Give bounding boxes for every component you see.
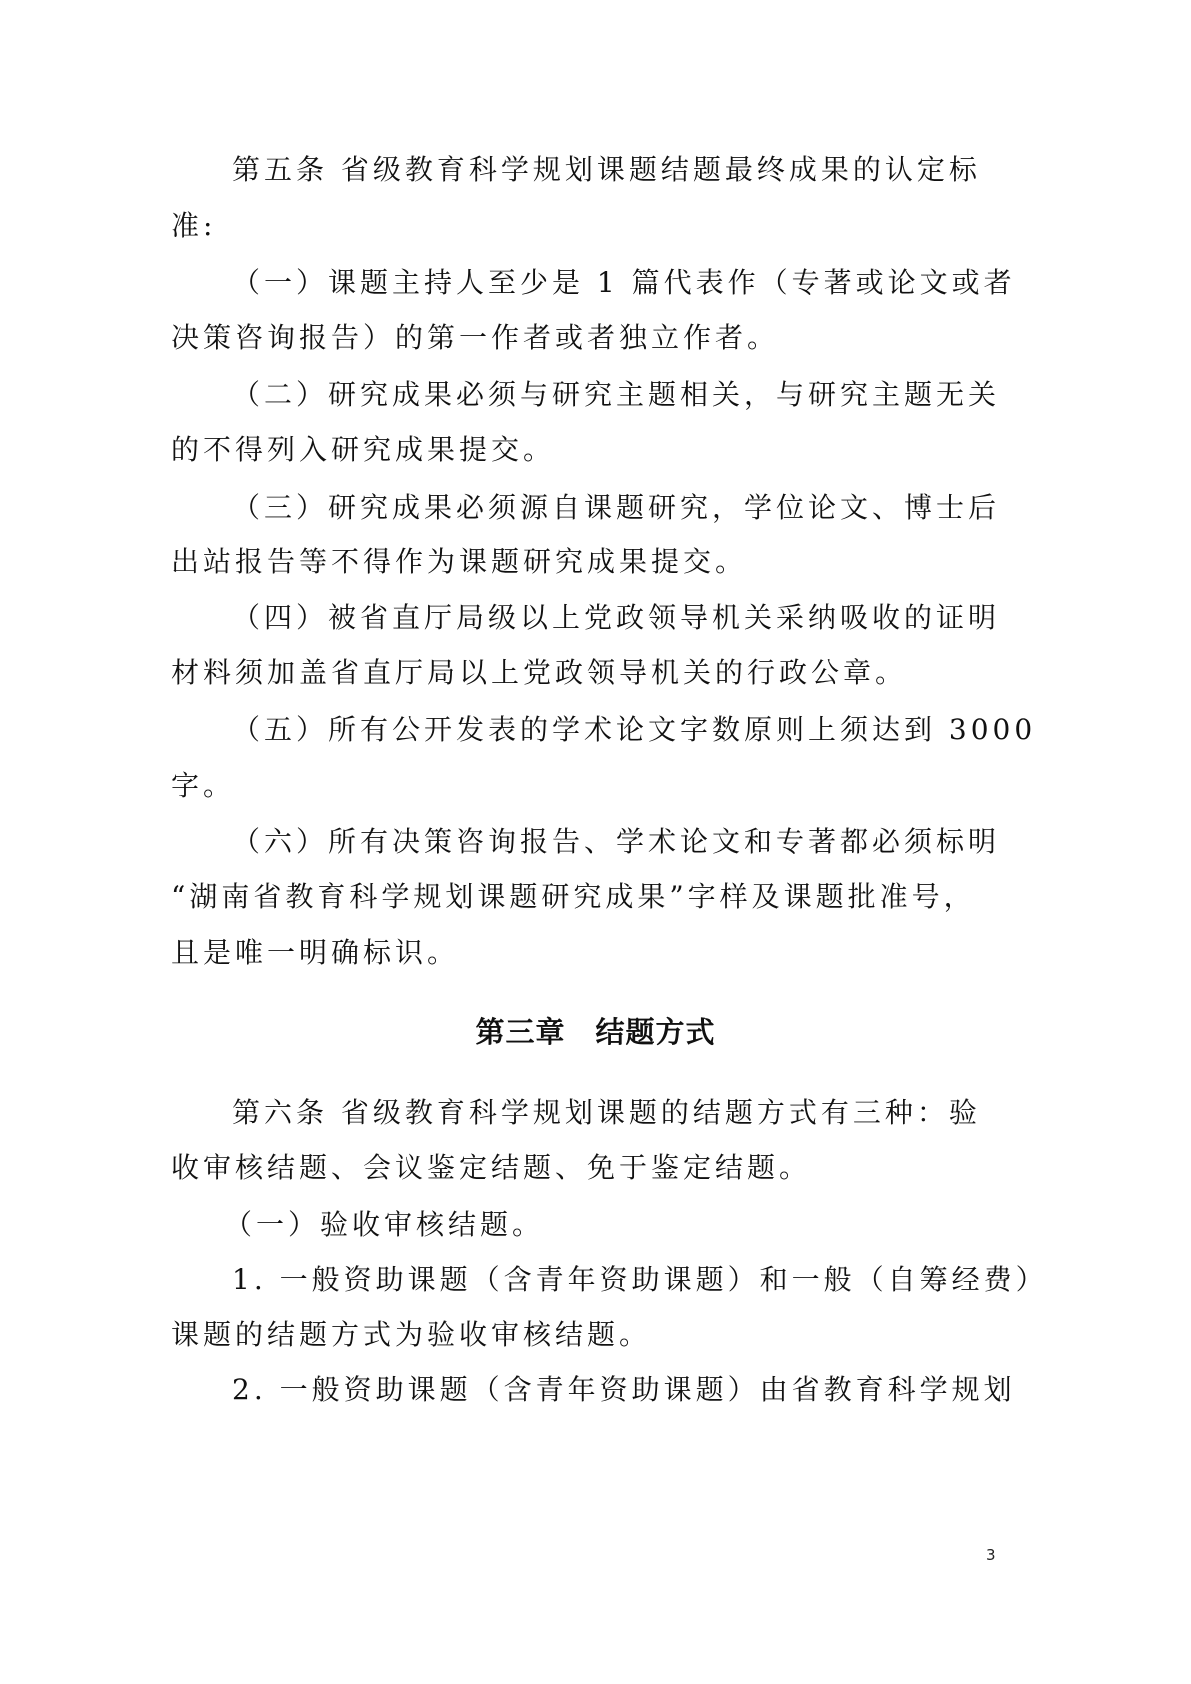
item-5-line-1: （五）所有公开发表的学术论文字数原则上须达到 3000 [232,710,943,750]
article-6-line-2: 收审核结题、会议鉴定结题、免于鉴定结题。 [171,1148,943,1188]
item-5-line-2: 字。 [171,766,943,806]
article-6-line-1: 第六条 省级教育科学规划课题的结题方式有三种：验 [232,1093,943,1133]
chapter-heading: 第三章 结题方式 [0,1012,1191,1052]
item-2-line-1: （二）研究成果必须与研究主题相关，与研究主题无关 [232,375,943,415]
item-2-line-2: 的不得列入研究成果提交。 [171,430,943,470]
item-4-line-1: （四）被省直厅局级以上党政领导机关采纳吸收的证明 [232,598,943,638]
point-1-line-1: 1. 一般资助课题（含青年资助课题）和一般（自筹经费） [232,1260,943,1300]
item-1-line-2: 决策咨询报告）的第一作者或者独立作者。 [171,318,943,358]
subsection-1-title: （一）验收审核结题。 [224,1205,935,1245]
page-number: 3 [986,1545,996,1565]
point-1-line-2: 课题的结题方式为验收审核结题。 [171,1315,943,1355]
item-1-line-1: （一）课题主持人至少是 1 篇代表作（专著或论文或者 [232,263,943,303]
article-5-line-2: 准: [171,206,943,246]
article-5-line-1: 第五条 省级教育科学规划课题结题最终成果的认定标 [232,150,943,190]
item-3-line-1: （三）研究成果必须源自课题研究，学位论文、博士后 [232,488,943,528]
item-3-line-2: 出站报告等不得作为课题研究成果提交。 [171,542,943,582]
item-6-line-3: 且是唯一明确标识。 [171,933,943,973]
document-page: 第五条 省级教育科学规划课题结题最终成果的认定标 准: （一）课题主持人至少是 … [0,0,1191,1684]
item-6-line-2: “湖南省教育科学规划课题研究成果”字样及课题批准号， [171,877,943,917]
point-2-line-1: 2. 一般资助课题（含青年资助课题）由省教育科学规划 [232,1370,943,1410]
item-6-line-1: （六）所有决策咨询报告、学术论文和专著都必须标明 [232,822,943,862]
item-4-line-2: 材料须加盖省直厅局以上党政领导机关的行政公章。 [171,653,943,693]
